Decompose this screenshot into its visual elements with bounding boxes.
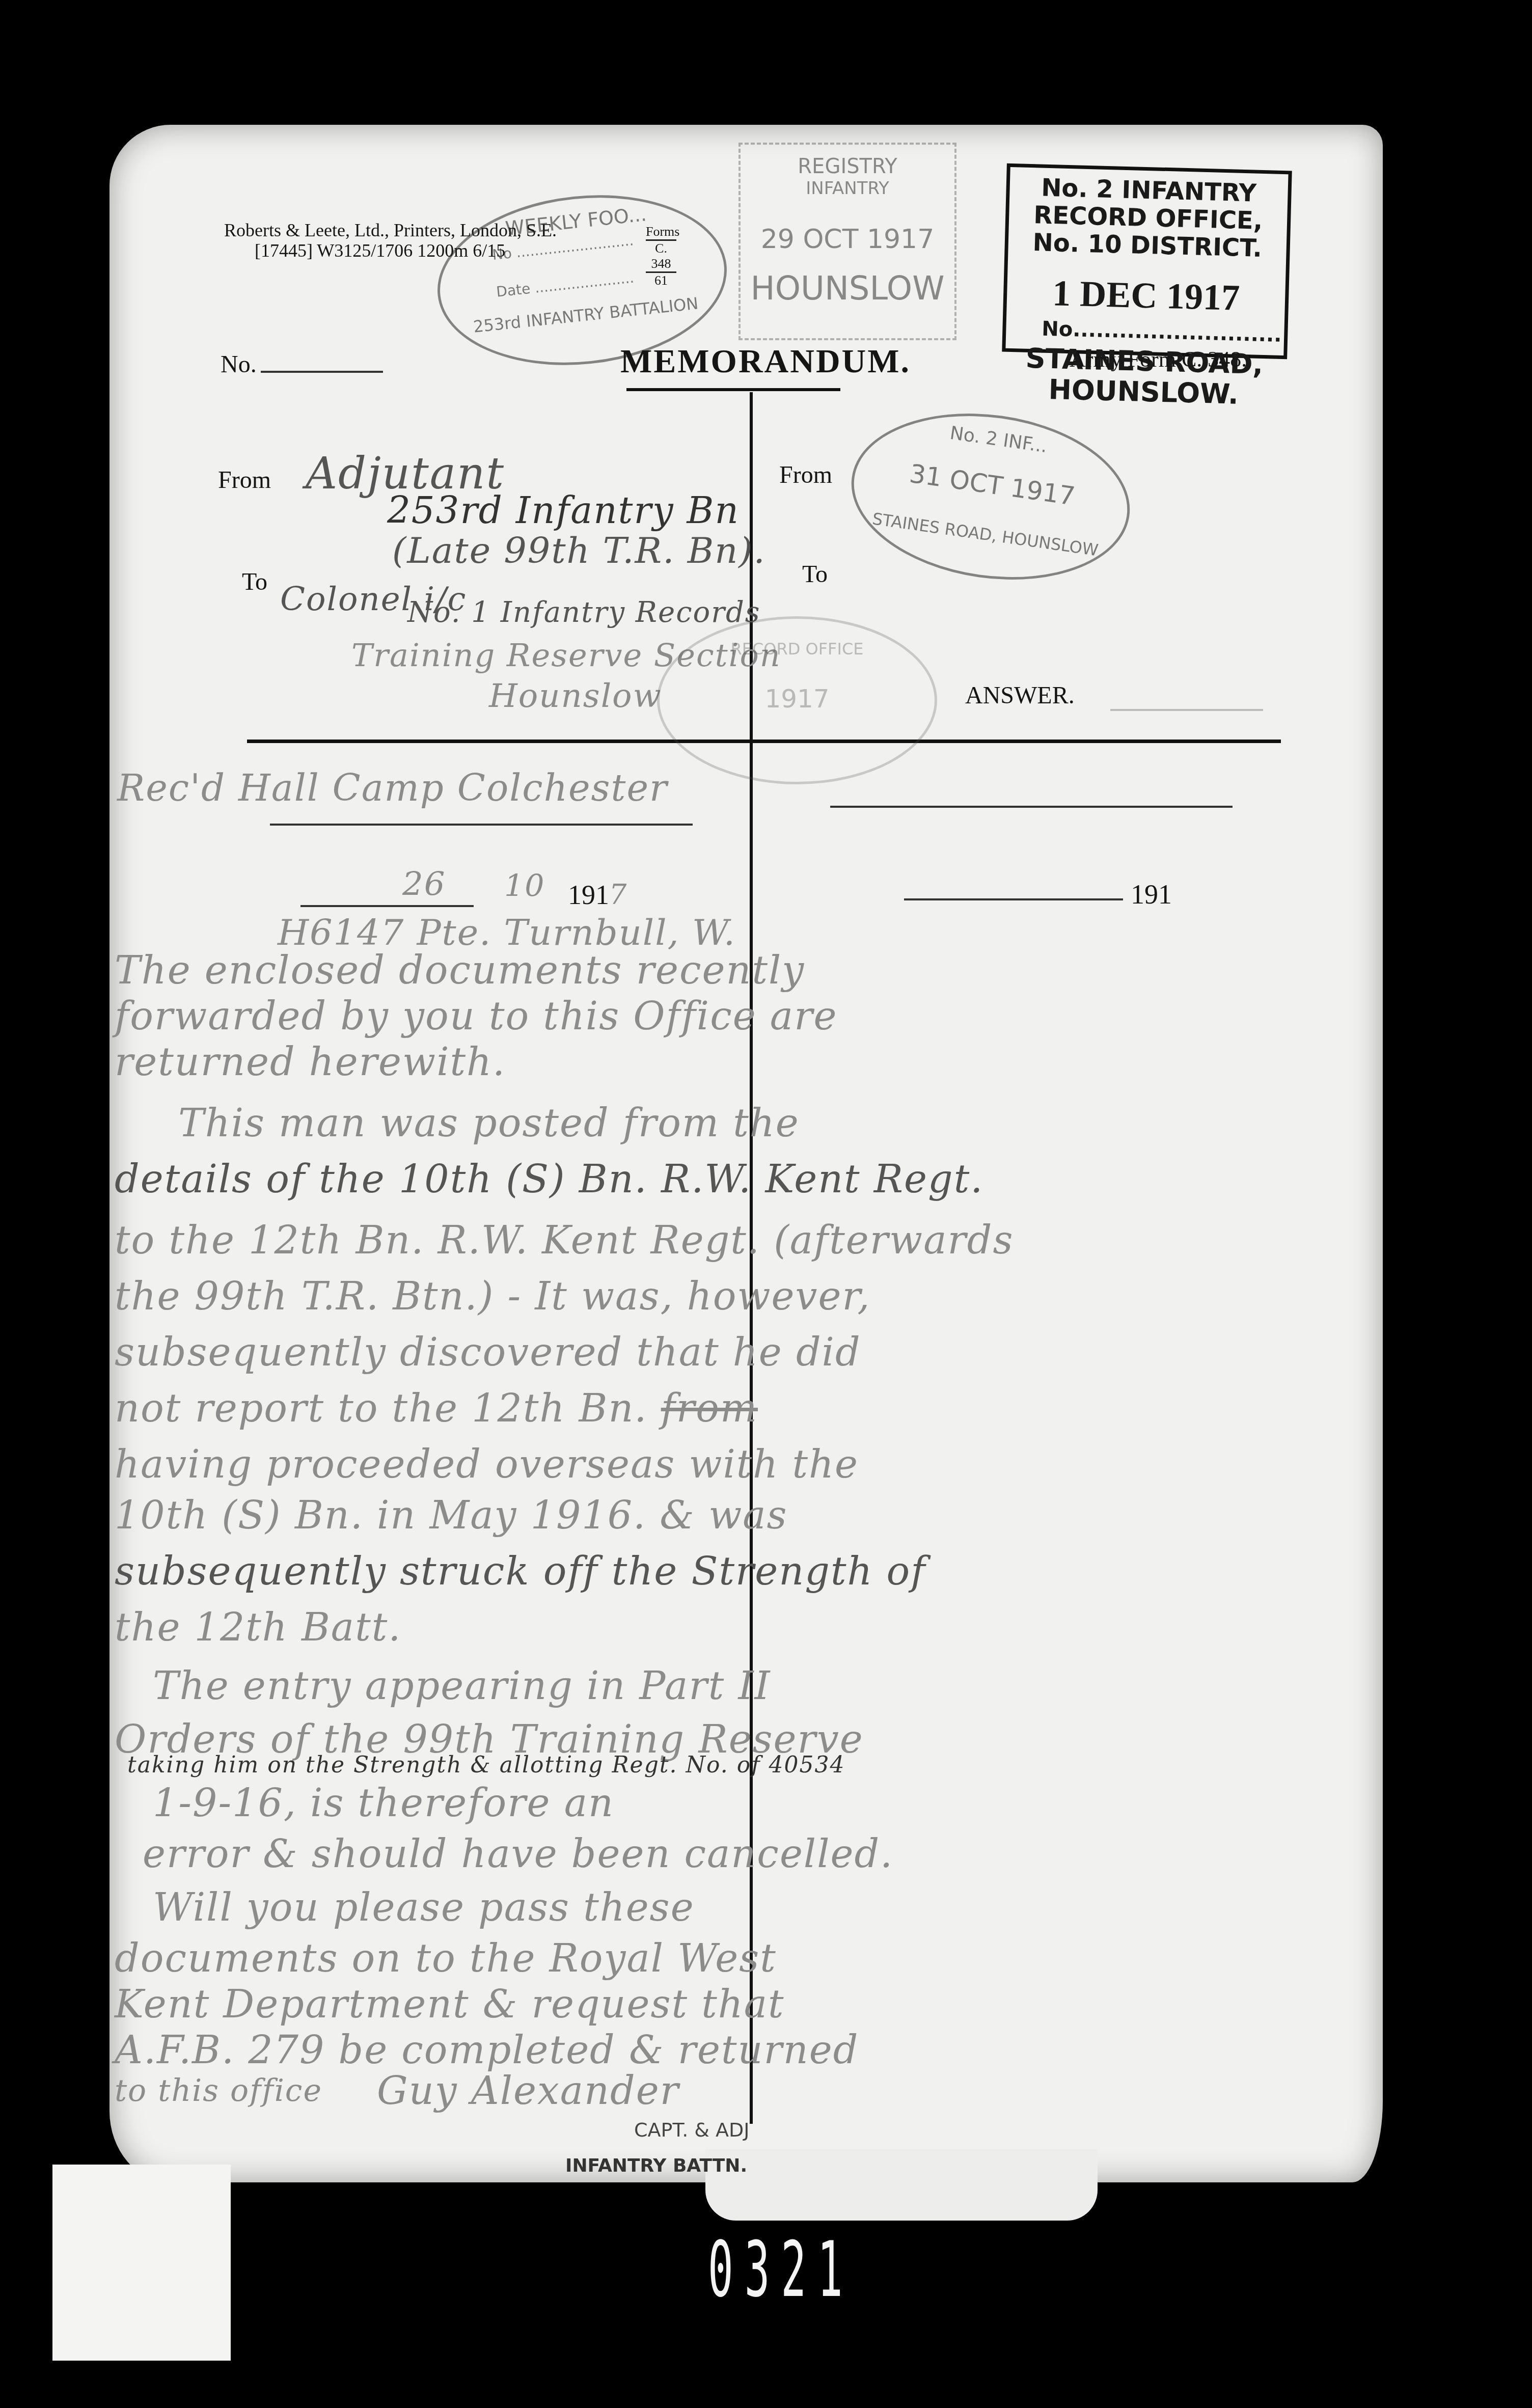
faint-oval-date: 1917 [660, 684, 935, 714]
signature: Guy Alexander [377, 2068, 679, 2113]
registry-top: REGISTRY [741, 155, 954, 178]
to-line-4: Hounslow [489, 677, 662, 715]
right-date-line [904, 898, 1123, 900]
title-underline [626, 388, 840, 391]
record-office-line2: No. 10 DISTRICT. [1008, 228, 1287, 263]
no-label: No. [221, 350, 257, 378]
no-field-line [261, 371, 383, 373]
to-line-2: No. 1 Infantry Records [407, 596, 761, 629]
body-line: 10th (S) Bn. in May 1916. & was [115, 1492, 788, 1538]
faint-oval-top: RECORD OFFICE [660, 639, 935, 659]
right-date-year: 191 [1131, 879, 1172, 910]
body-line: Kent Department & request that [115, 1981, 785, 2027]
body-line: The entry appearing in Part II [153, 1663, 771, 1708]
body-line: returned herewith. [115, 1039, 506, 1084]
date-year-printed: 1917 [568, 879, 627, 911]
record-office-line1: No. 2 INFANTRY RECORD OFFICE, [1009, 173, 1289, 235]
record-office-stamp: No. 2 INFANTRY RECORD OFFICE, No. 10 DIS… [1002, 163, 1292, 360]
body-line: forwarded by you to this Office are [115, 993, 837, 1038]
body-line: the 12th Batt. [115, 1604, 401, 1650]
body-line: the 99th T.R. Btn.) - It was, however, [115, 1273, 871, 1319]
body-line: to this office [115, 2073, 322, 2109]
registry-stamp: REGISTRY INFANTRY 29 OCT 1917 HOUNSLOW [738, 143, 956, 340]
body-line: Will you please pass these [153, 1884, 695, 1930]
struck-word: from [661, 1385, 758, 1431]
registry-bottom: HOUNSLOW [741, 270, 954, 308]
right-from-label: From [779, 461, 832, 489]
frame-number: 0321 [708, 2226, 854, 2322]
date-day: 26 [402, 866, 446, 904]
signature-stamp-line1: CAPT. & ADJ [634, 2119, 749, 2141]
body-line: 1-9-16, is therefore an [153, 1780, 614, 1825]
sheet-bottom-edge [705, 2149, 1098, 2221]
body-line: This man was posted from the [178, 1100, 800, 1145]
body-line: subsequently struck off the Strength of [115, 1548, 926, 1594]
date-month: 10 [504, 868, 545, 904]
faint-oval-stamp: RECORD OFFICE 1917 [657, 616, 937, 784]
from-line-3: (Late 99th T.R. Bn). [392, 530, 766, 571]
from-line-2: 253rd Infantry Bn [387, 489, 740, 532]
insertion-note: taking him on the Strength & allotting R… [127, 1752, 845, 1778]
place-line: Rec'd Hall Camp Colchester [117, 767, 668, 809]
body-line: The enclosed documents recently [115, 947, 805, 993]
body-line: to the 12th Bn. R.W. Kent Regt. (afterwa… [115, 1217, 1014, 1263]
body-line: error & should have been cancelled. [143, 1831, 893, 1876]
body-line: subsequently discovered that he did [115, 1329, 861, 1375]
record-office-date: 1 DEC 1917 [1006, 271, 1285, 320]
body-line: A.F.B. 279 be completed & returned [115, 2027, 859, 2072]
body-line: having proceeded overseas with the [115, 1441, 859, 1487]
body-line: documents on to the Royal West [115, 1935, 777, 1981]
signature-stamp-line2: INFANTRY BATTN. [565, 2155, 747, 2176]
registry-date: 29 OCT 1917 [741, 224, 954, 255]
date-underline [300, 905, 474, 907]
left-to-label: To [242, 568, 267, 596]
right-to-label: To [802, 560, 828, 588]
registry-middle: INFANTRY [741, 178, 954, 199]
army-form-number: Army Form C. 348. [1070, 346, 1247, 372]
body-line: details of the 10th (S) Bn. R.W. Kent Re… [115, 1156, 983, 1201]
place-underline [270, 824, 693, 826]
answer-label: ANSWER. [965, 681, 1075, 709]
right-place-line [830, 806, 1233, 808]
left-from-label: From [218, 466, 271, 494]
memorandum-title: MEMORANDUM. [620, 342, 911, 381]
body-line: not report to the 12th Bn. from [115, 1385, 758, 1431]
answer-faint-line [1110, 709, 1263, 711]
film-label-slip [52, 2165, 231, 2361]
